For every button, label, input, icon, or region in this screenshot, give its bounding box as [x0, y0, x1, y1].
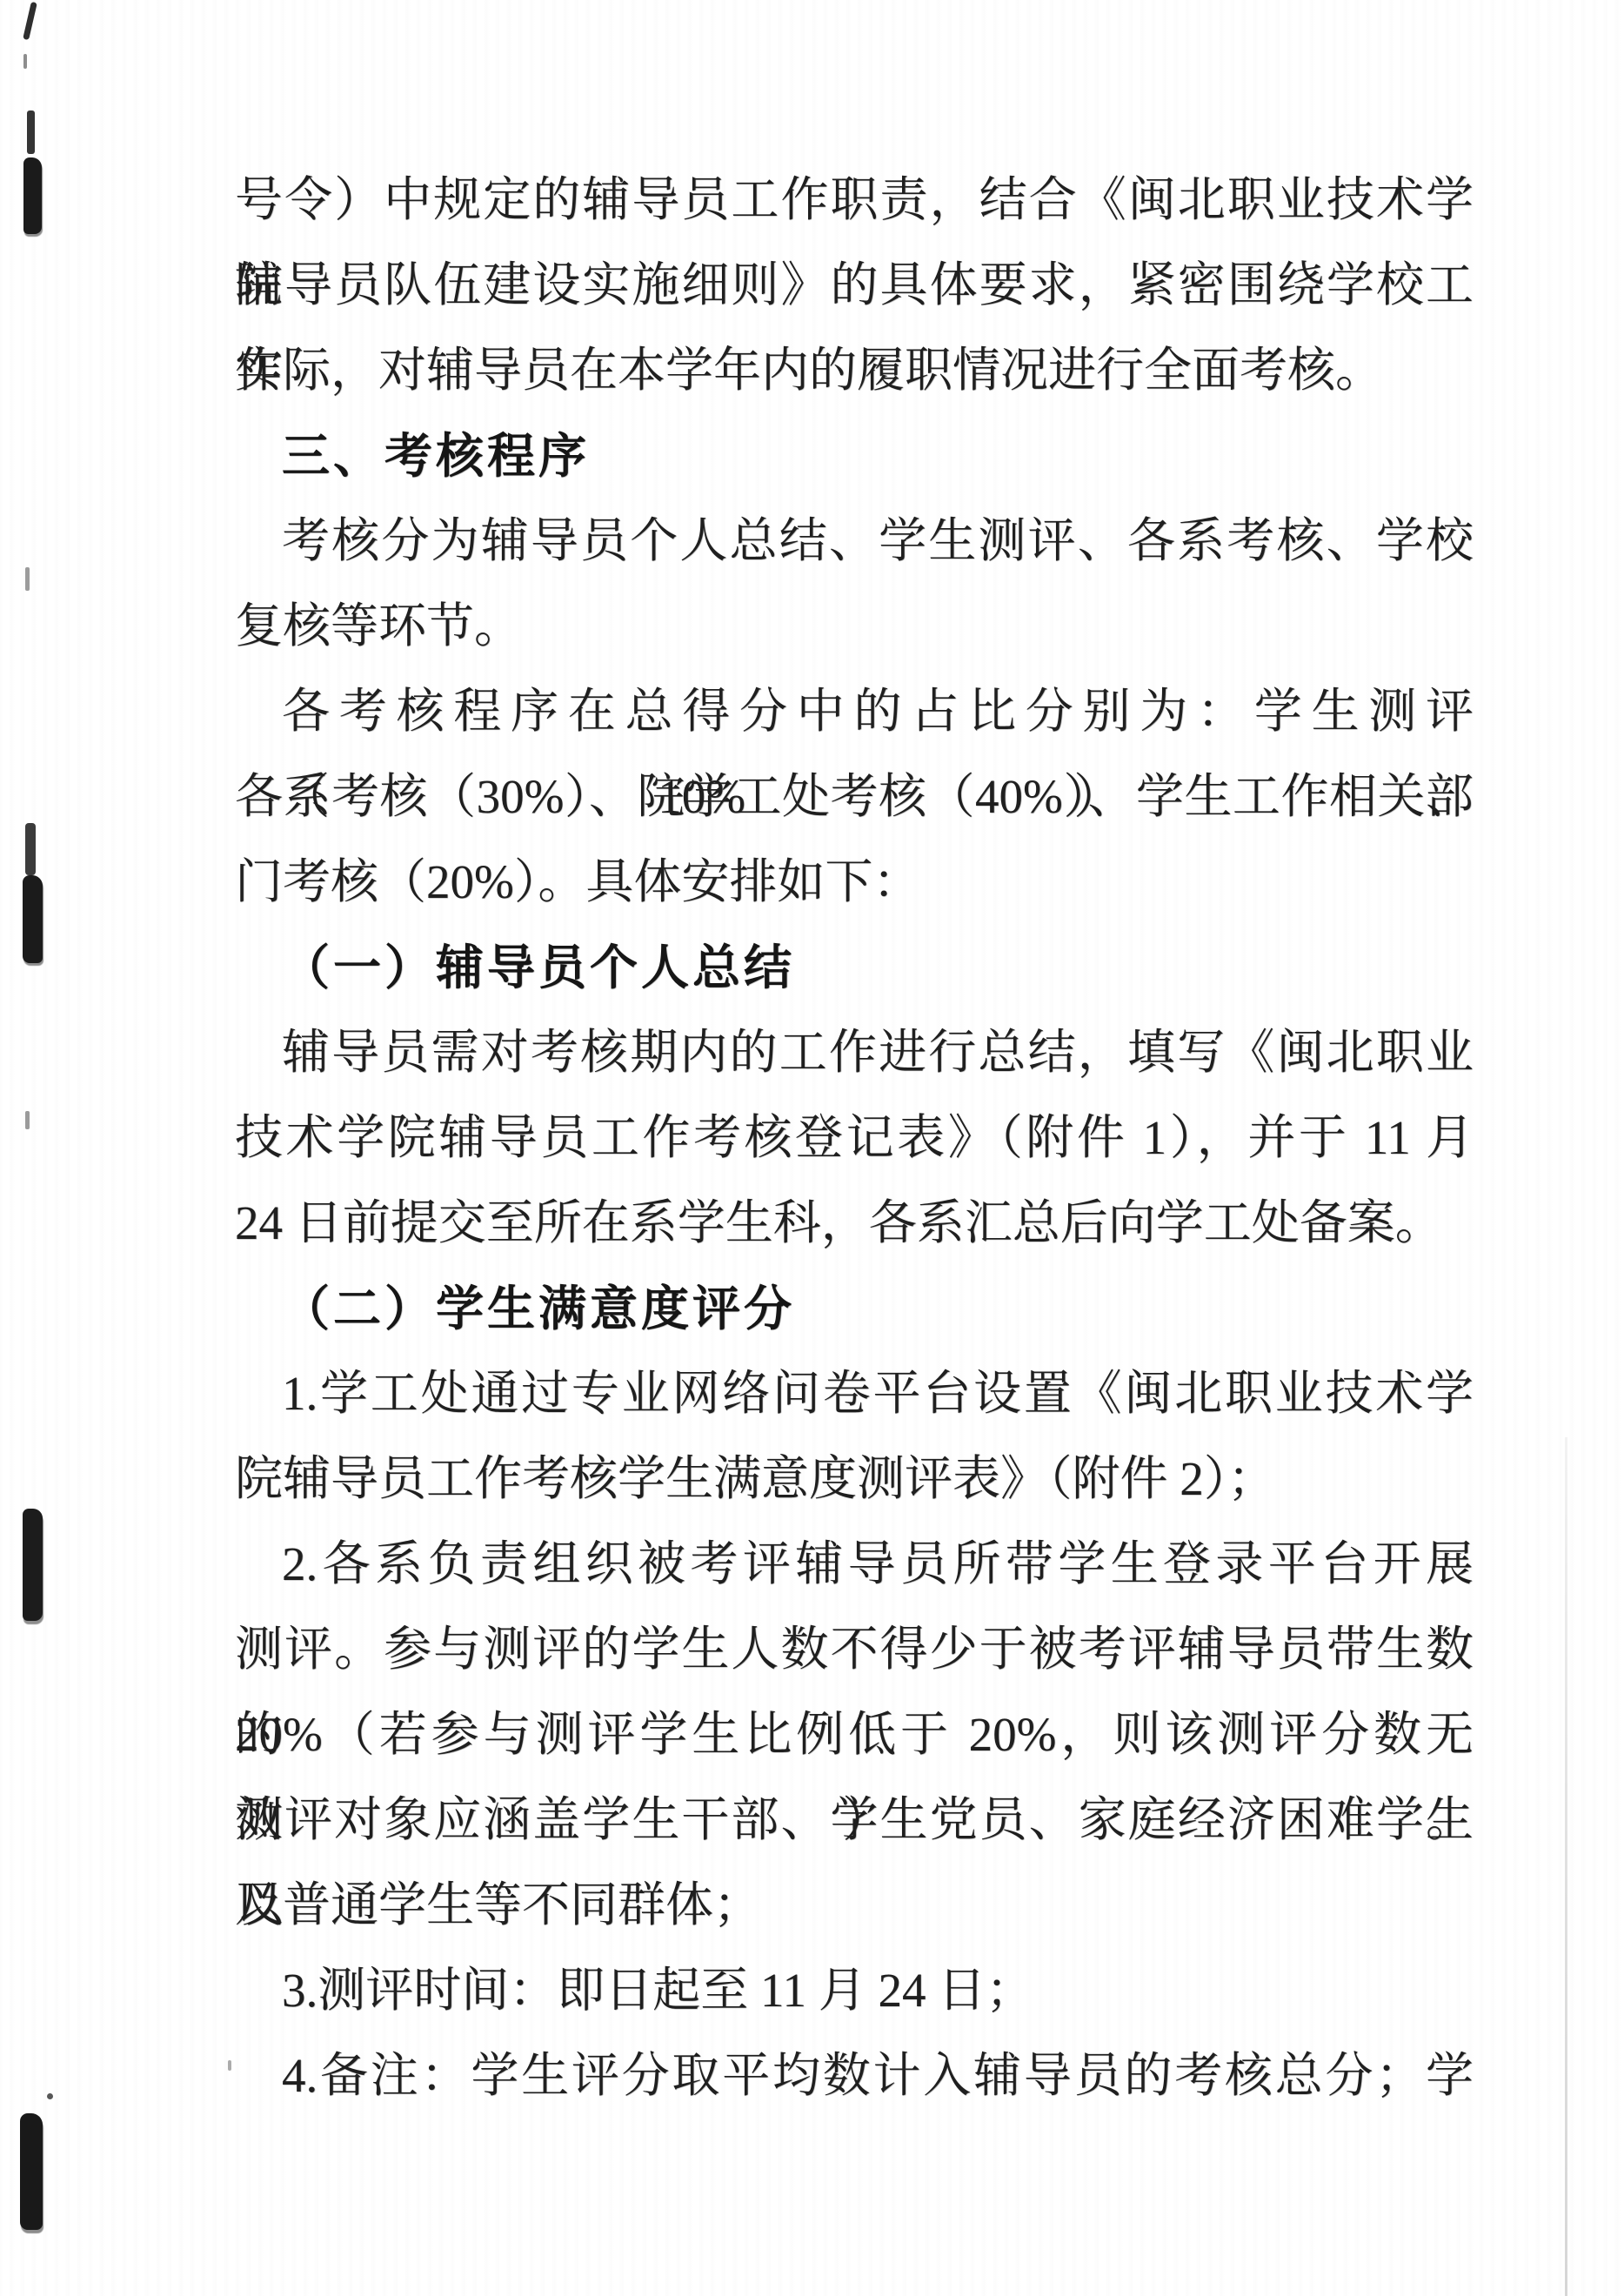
text-line: 各考核程序在总得分中的占比分别为：学生测评（10%）、: [235, 669, 1474, 754]
scan-line: [1565, 1437, 1567, 2296]
scan-mark: [47, 2093, 53, 2099]
scan-mark: [23, 157, 42, 234]
text-line: 技术学院辅导员工作考核登记表》（附件 1），并于 11 月: [235, 1095, 1474, 1181]
section-heading: （二）学生满意度评分: [235, 1266, 1474, 1351]
text-line: 院辅导员工作考核学生满意度测评表》（附件 2）；: [235, 1436, 1474, 1522]
scan-mark: [20, 2113, 43, 2230]
section-heading: （一）辅导员个人总结: [235, 925, 1474, 1010]
text-line: 考核分为辅导员个人总结、学生测评、各系考核、学校: [235, 499, 1474, 584]
scan-mark: [23, 1509, 43, 1621]
text-line: 号令）中规定的辅导员工作职责，结合《闽北职业技术学院: [235, 157, 1474, 243]
text-line: 辅导员需对考核期内的工作进行总结，填写《闽北职业: [235, 1010, 1474, 1095]
document-page: 号令）中规定的辅导员工作职责，结合《闽北职业技术学院 辅导员队伍建设实施细则》的…: [0, 0, 1624, 2296]
text-line: 测评对象应涵盖学生干部、学生党员、家庭经济困难学生以: [235, 1777, 1474, 1863]
scan-mark: [25, 823, 36, 875]
text-line: 24 日前提交至所在系学生科，各系汇总后向学工处备案。: [235, 1181, 1474, 1266]
text-line: 各系考核（30%）、院学工处考核（40%）、学生工作相关部: [235, 754, 1474, 840]
text-line: 4.备注：学生评分取平均数计入辅导员的考核总分；学: [235, 2033, 1474, 2119]
text-line: 20%（若参与测评学生比例低于 20%，则该测评分数无效）。: [235, 1692, 1474, 1777]
text-line: 实际，对辅导员在本学年内的履职情况进行全面考核。: [235, 328, 1474, 413]
text-line: 3.测评时间：即日起至 11 月 24 日；: [235, 1948, 1474, 2033]
scan-mark: [23, 2, 37, 40]
scan-mark: [23, 875, 43, 963]
scan-mark: [228, 2060, 231, 2071]
text-line: 及普通学生等不同群体；: [235, 1863, 1474, 1948]
text-block: 号令）中规定的辅导员工作职责，结合《闽北职业技术学院 辅导员队伍建设实施细则》的…: [235, 157, 1474, 2119]
scan-mark: [25, 1111, 30, 1129]
section-heading: 三、考核程序: [235, 413, 1474, 499]
text-line: 辅导员队伍建设实施细则》的具体要求，紧密围绕学校工作: [235, 243, 1474, 328]
text-line: 复核等环节。: [235, 584, 1474, 669]
text-line: 2.各系负责组织被考评辅导员所带学生登录平台开展: [235, 1522, 1474, 1607]
scan-mark: [25, 567, 30, 591]
text-line: 门考核（20%）。具体安排如下：: [235, 840, 1474, 925]
scan-mark: [23, 54, 27, 69]
text-line: 1.学工处通过专业网络问卷平台设置《闽北职业技术学: [235, 1351, 1474, 1436]
text-line: 测评。参与测评的学生人数不得少于被考评辅导员带生数的: [235, 1607, 1474, 1692]
scan-mark: [27, 110, 35, 154]
